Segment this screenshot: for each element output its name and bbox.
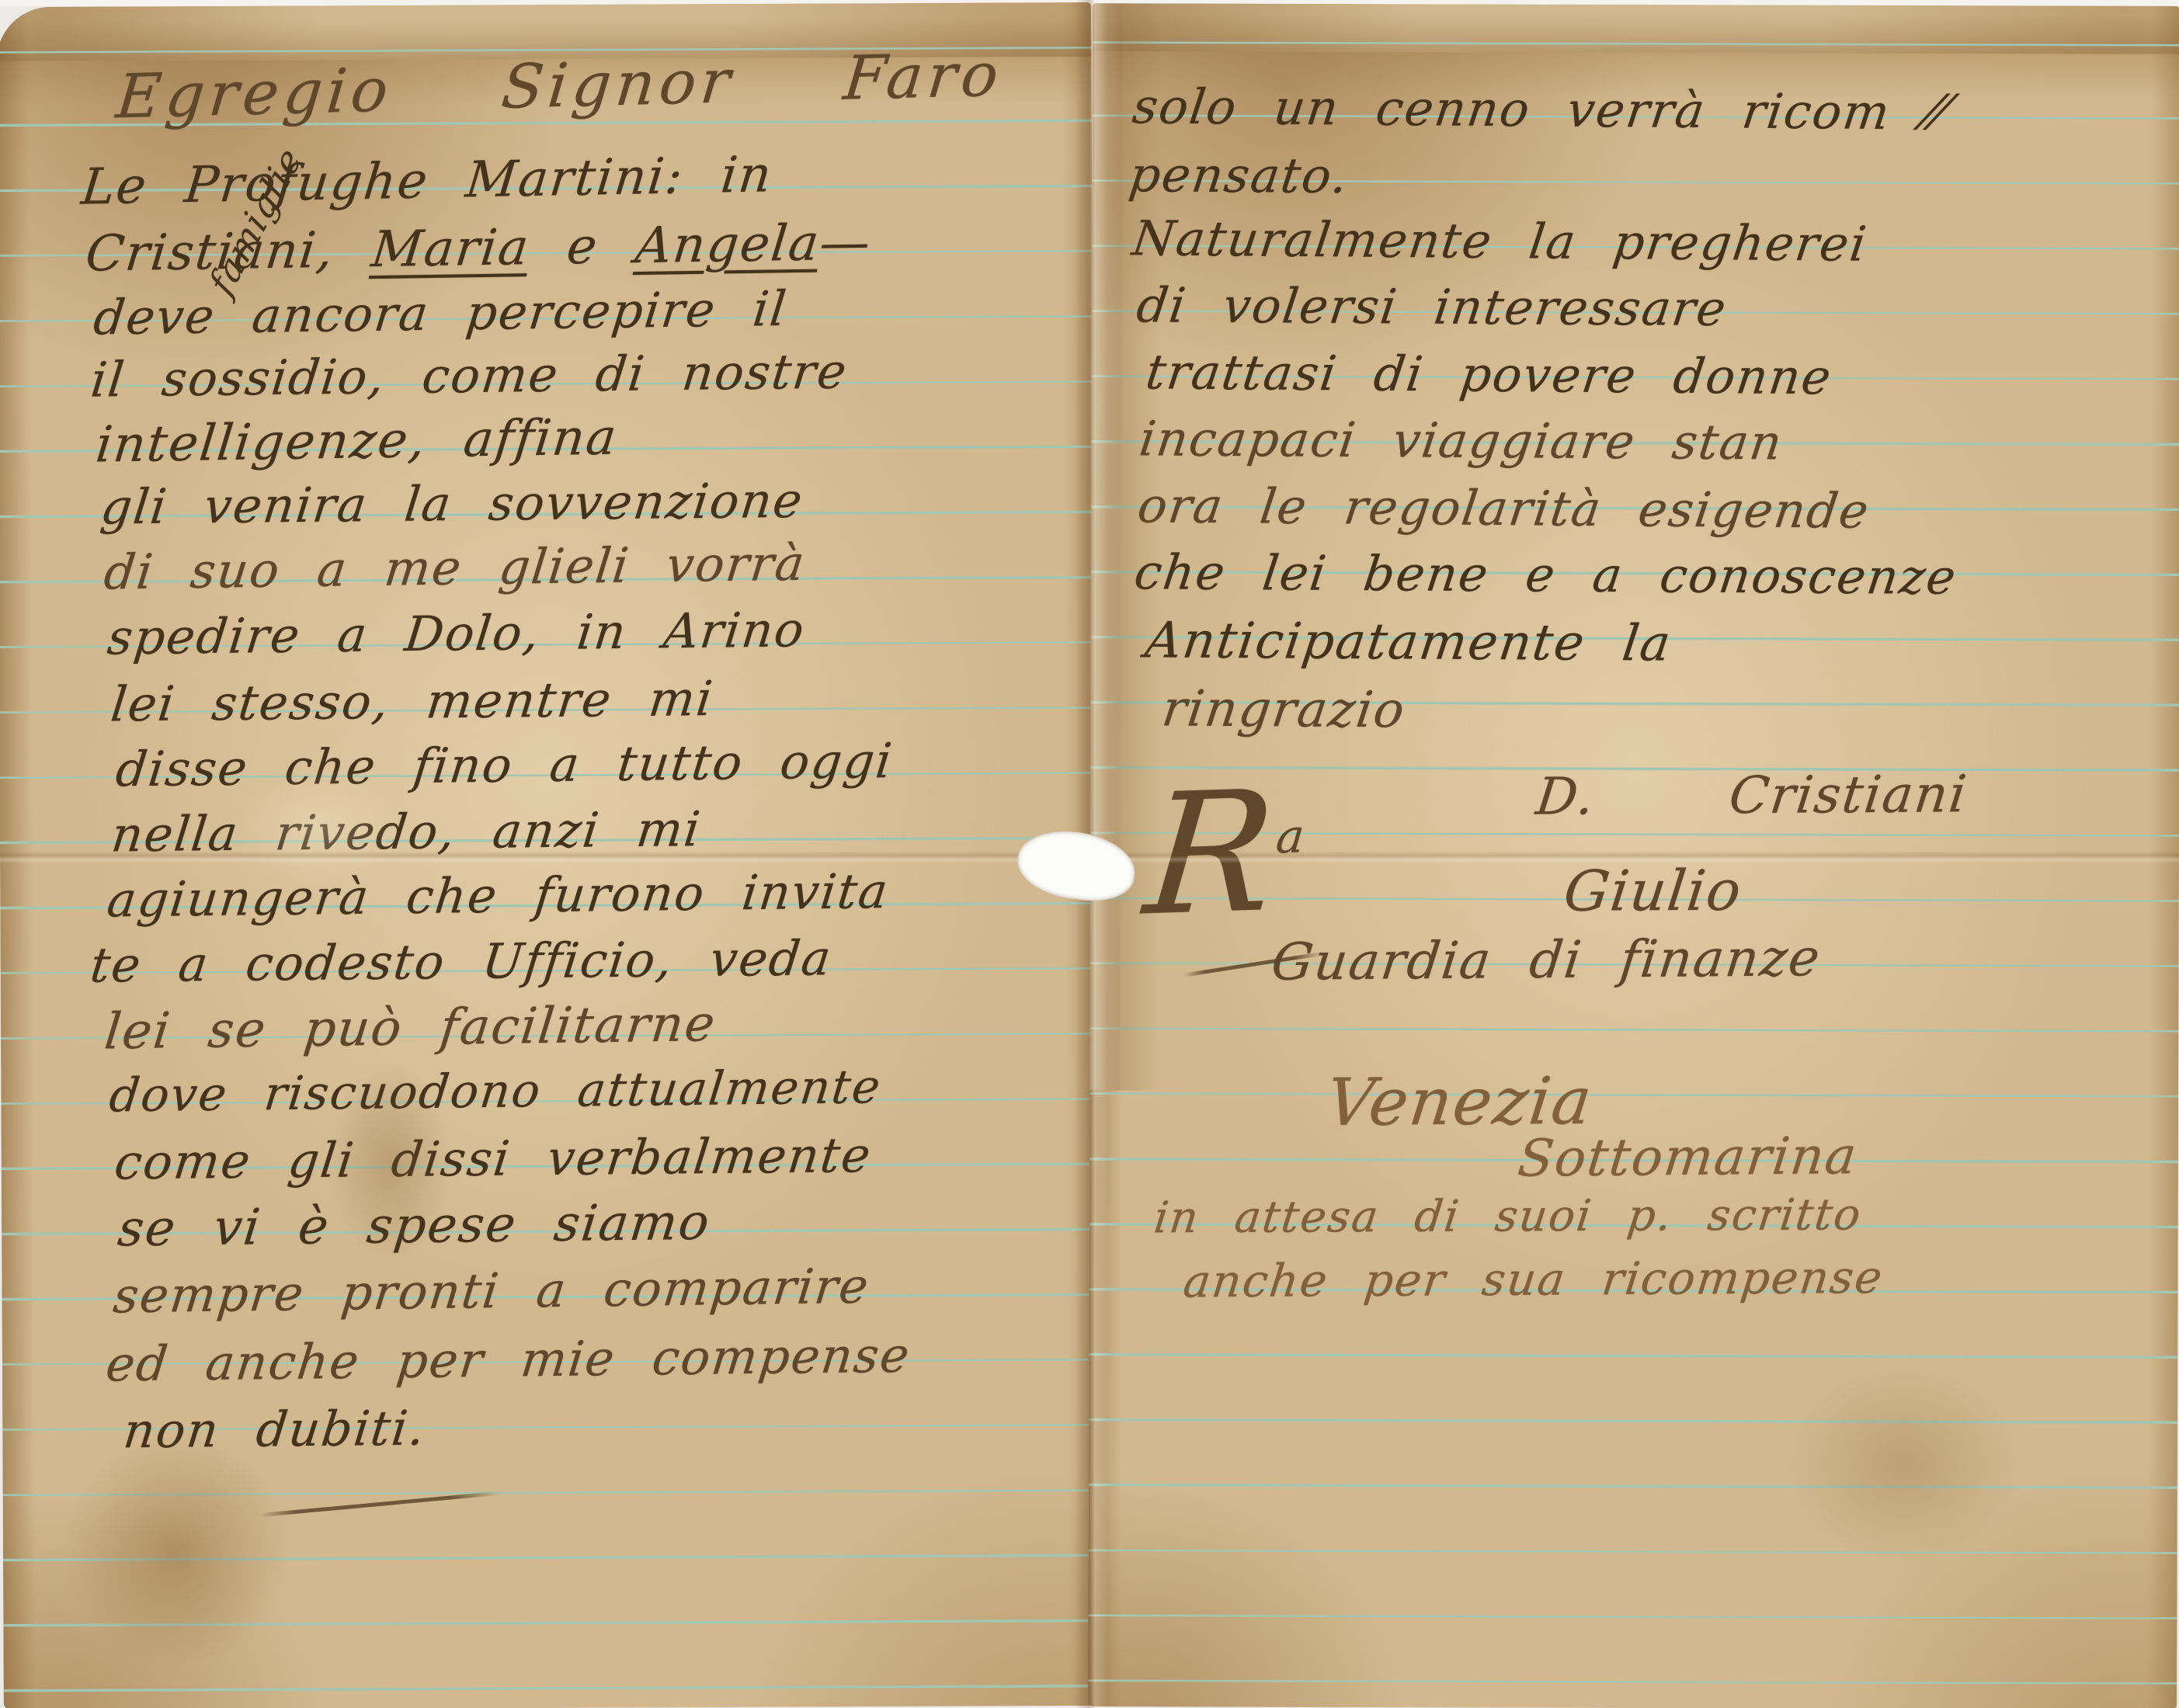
signature-firstname: Giulio xyxy=(1561,858,1746,924)
handwritten-line: di suo a me glieli vorrà xyxy=(102,535,809,601)
handwritten-line: Anticipatamente la xyxy=(1142,612,1676,672)
signature-initial: D. xyxy=(1533,766,1599,826)
handwritten-line: sempre pronti a comparire xyxy=(111,1258,873,1324)
handwritten-line: gli venira la sovvenzione xyxy=(98,472,806,536)
handwritten-line: ora le regolarità esigende xyxy=(1135,477,1873,539)
handwritten-line: ringrazio xyxy=(1159,680,1409,739)
handwritten-line: solo un cenno verrà ricom ⁄⁄ xyxy=(1129,78,1950,141)
handwritten-line: come gli dissi verbalmente xyxy=(112,1127,875,1190)
paper-stain xyxy=(1788,1364,2021,1567)
underlined-name: Angela xyxy=(633,215,823,276)
names-conjunction: e xyxy=(527,217,639,276)
signature-district: Sottomarina xyxy=(1515,1126,1861,1188)
handwritten-line: dove riscuodono attualmente xyxy=(106,1060,884,1123)
handwritten-line: te a codesto Ufficio, veda xyxy=(88,929,836,993)
postscript-line: anche per sua ricompense xyxy=(1180,1251,1886,1307)
handwritten-line: disse che fino a tutto oggi xyxy=(113,732,896,797)
handwritten-line: Naturalmente la pregherei xyxy=(1129,210,1871,272)
handwritten-line: il sossidio, come di nostre xyxy=(88,342,850,408)
scanned-letter: { "meta": { "document_type": "Handwritte… xyxy=(0,0,2179,1708)
postscript-line: in attesa di suoi p. scritto xyxy=(1152,1189,1864,1243)
ink-flourish xyxy=(259,1491,499,1517)
handwritten-line: lei se può facilitarne xyxy=(102,995,719,1061)
handwritten-line: che lei bene e a conoscenze xyxy=(1131,543,1961,605)
trailing-dash: — xyxy=(817,214,874,273)
handwritten-line: lei stesso, mentre mi xyxy=(108,670,717,732)
paper-stain xyxy=(64,1434,290,1668)
handwritten-line: intelligenze, affina xyxy=(93,409,620,474)
underlined-name: Maria xyxy=(369,219,533,279)
handwritten-line: incapaci viaggiare stan xyxy=(1136,410,1786,470)
handwritten-line: pensato. xyxy=(1126,146,1352,204)
handwritten-line: agiungerà che furono invita xyxy=(104,863,891,928)
signature-surname: Cristiani xyxy=(1726,764,1971,825)
handwritten-line: Le Profughe Martini: in xyxy=(78,146,775,216)
handwritten-line: non dubiti. xyxy=(120,1400,429,1460)
handwritten-line: di volersi interessare xyxy=(1134,276,1731,337)
signature-line: D. Cristiani xyxy=(1533,764,1971,826)
signature-corps: Guardia di finanze xyxy=(1269,928,1825,992)
salutation-line: Egregio Signor Faro xyxy=(113,40,1006,133)
handwritten-line: spedire a Dolo, in Arino xyxy=(105,601,808,665)
handwritten-line: ed anche per mie compense xyxy=(103,1327,913,1393)
handwritten-line: Cristiani, Maria e Angela— xyxy=(83,214,874,283)
names-prefix: Cristiani, xyxy=(83,221,375,283)
handwritten-line: se vi è spese siamo xyxy=(115,1194,714,1258)
handwritten-line: deve ancora percepire il xyxy=(91,280,791,346)
handwritten-line: trattasi di povere donne xyxy=(1143,343,1836,405)
